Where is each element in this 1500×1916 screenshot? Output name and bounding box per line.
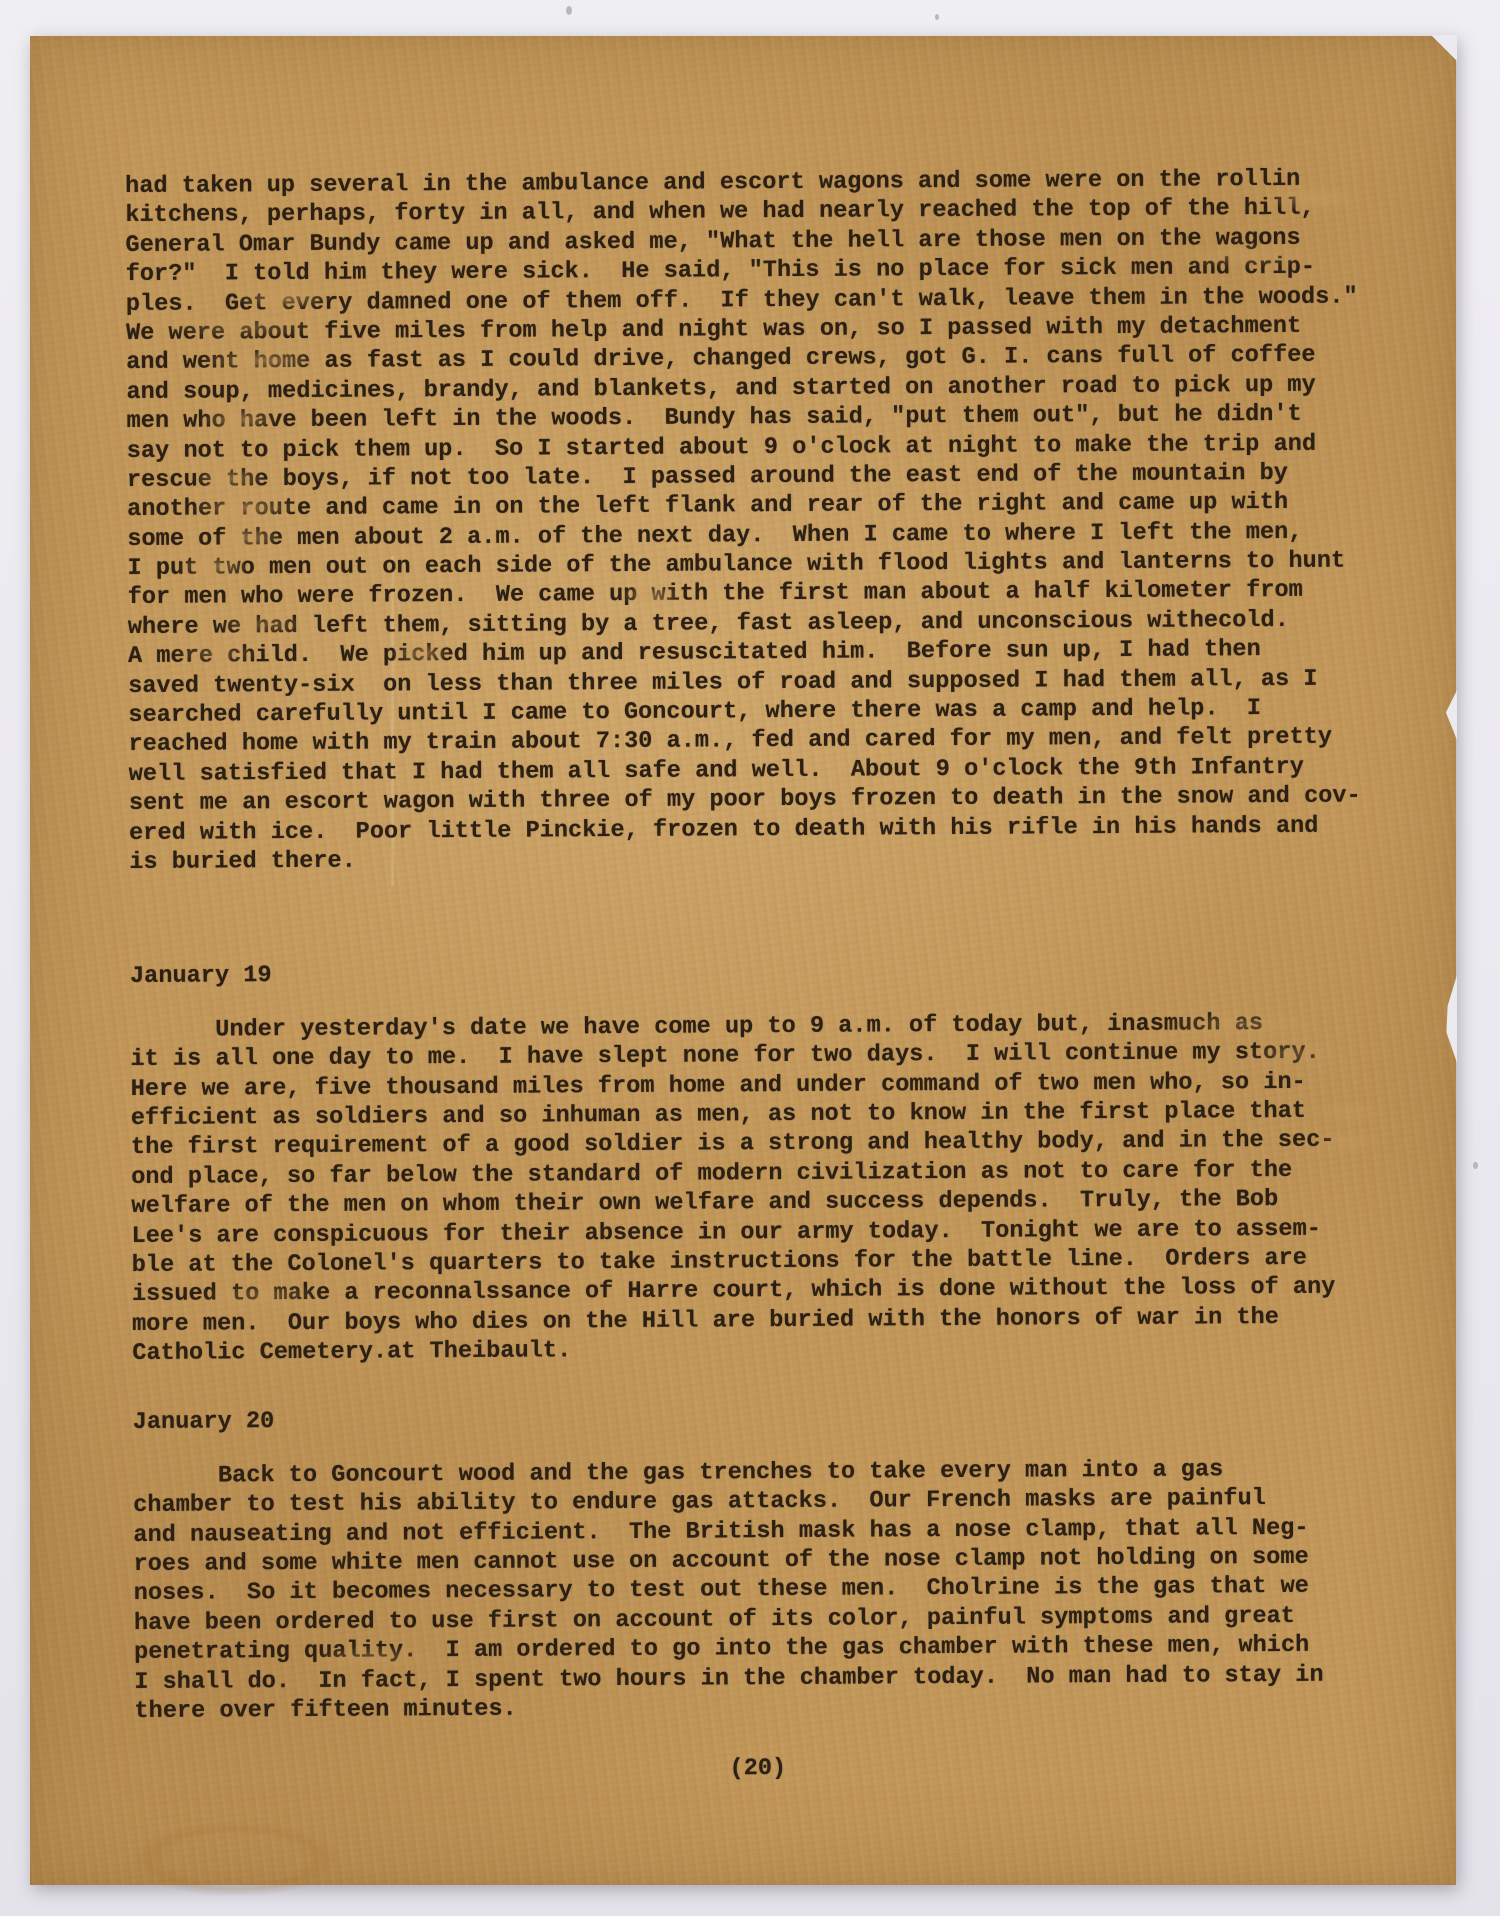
page-number: (20) [135,1751,1381,1788]
text-line: there over fifteen minutes. [134,1689,1380,1726]
dust-speck [1473,1162,1478,1169]
diary-section: had taken up several in the ambulance an… [125,164,1375,877]
typewritten-text: had taken up several in the ambulance an… [125,164,1381,1787]
paragraph: had taken up several in the ambulance an… [125,164,1375,877]
corner-cut [1431,35,1457,61]
date-heading: January 20 [133,1401,1379,1438]
text-line: is buried there. [129,840,1375,877]
paper-sheet: had taken up several in the ambulance an… [30,36,1456,1885]
edge-tear [1444,690,1457,740]
dust-speck [935,14,939,20]
paper-stain [120,1818,350,1900]
text-line: Catholic Cemetery.at Theibault. [132,1331,1378,1368]
paragraph: Under yesterday's date we have come up t… [130,1008,1378,1368]
paragraph: Back to Goncourt wood and the gas trench… [133,1454,1381,1726]
edge-tear [1445,975,1457,1063]
date-heading: January 19 [130,955,1376,992]
diary-section: January 19 Under yesterday's date we hav… [130,955,1378,1369]
dust-speck [566,6,572,15]
diary-section: January 20 Back to Goncourt wood and the… [133,1401,1381,1727]
